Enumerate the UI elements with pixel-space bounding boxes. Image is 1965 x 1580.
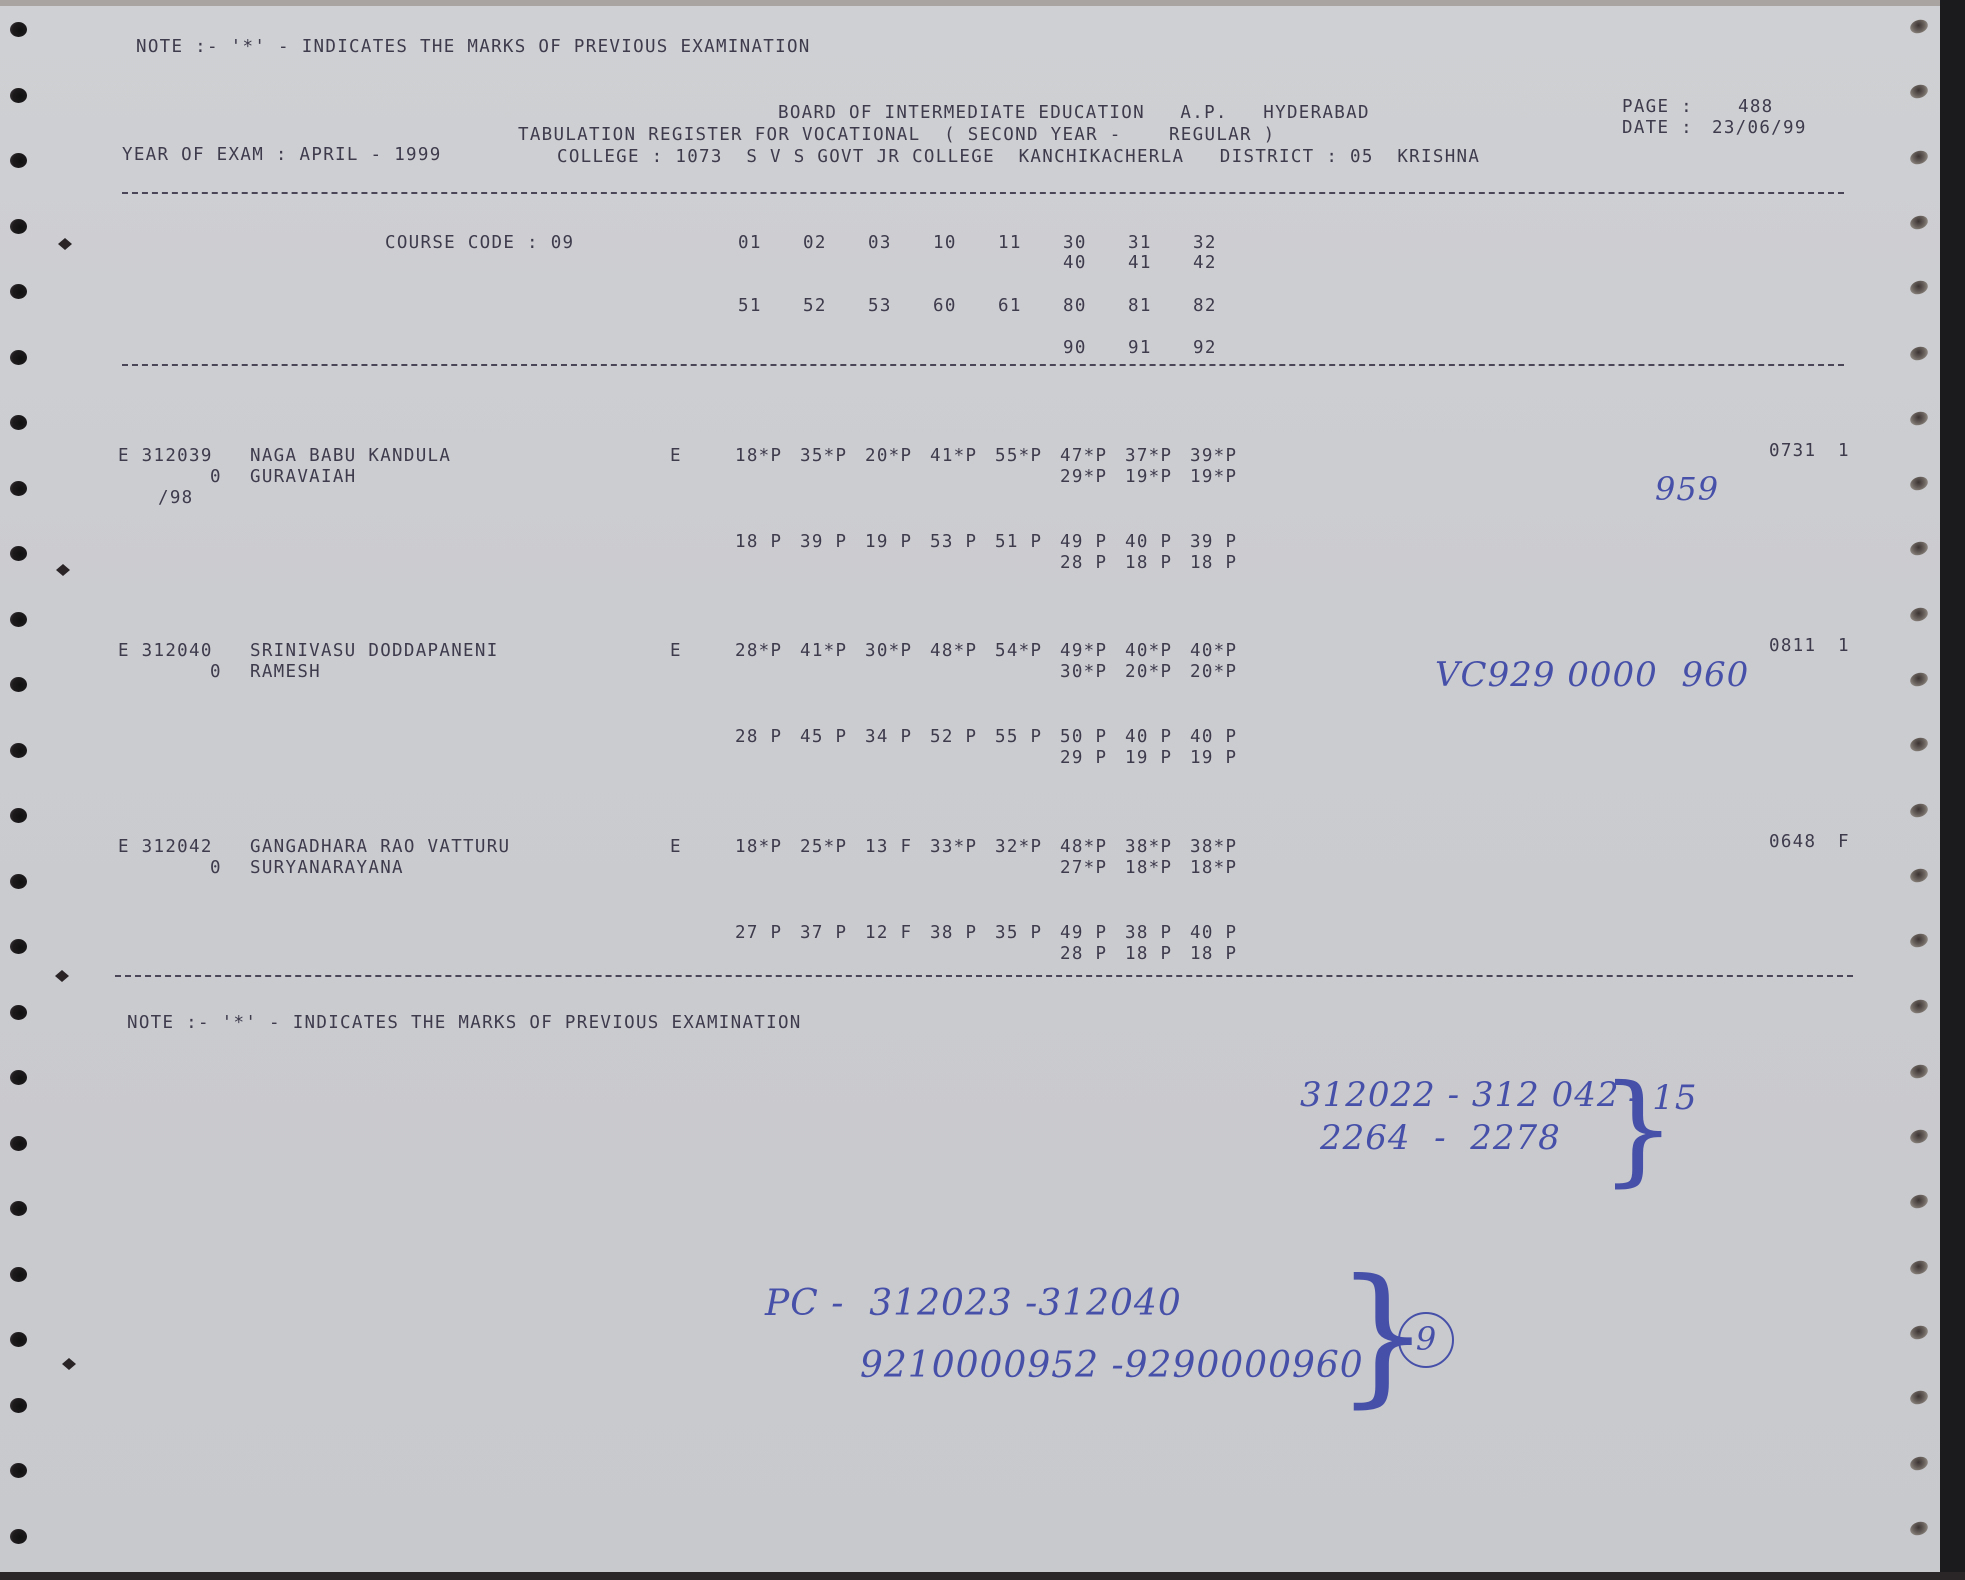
current-mark: 19 P — [1190, 748, 1237, 768]
previous-mark: 18*P — [1125, 858, 1172, 878]
handwritten-range1-line2: 2264 - 2278 — [1320, 1118, 1561, 1158]
current-mark: 38 P — [1125, 923, 1172, 943]
subject-code: 30 — [1063, 233, 1087, 253]
tractor-hole — [10, 481, 27, 496]
subject-code: 80 — [1063, 296, 1087, 316]
current-mark: 18 P — [1190, 944, 1237, 964]
paper-top-edge — [0, 0, 1940, 6]
previous-mark: 33*P — [930, 837, 977, 857]
subject-code: 82 — [1193, 296, 1217, 316]
father-name: RAMESH — [250, 662, 321, 682]
subject-code: 52 — [803, 296, 827, 316]
tractor-hole — [10, 939, 27, 954]
current-mark: 19 P — [865, 532, 912, 552]
previous-mark: 25*P — [800, 837, 847, 857]
tractor-hole — [10, 153, 27, 168]
previous-mark: 39*P — [1190, 446, 1237, 466]
previous-mark: 19*P — [1125, 467, 1172, 487]
previous-mark: 55*P — [995, 446, 1042, 466]
previous-mark: 32*P — [995, 837, 1042, 857]
current-mark: 49 P — [1060, 532, 1107, 552]
course-code-label: COURSE CODE : 09 — [385, 233, 574, 253]
previous-mark: 28*P — [735, 641, 782, 661]
previous-mark: 48*P — [1060, 837, 1107, 857]
divider — [115, 975, 1853, 977]
current-mark: 40 P — [1125, 532, 1172, 552]
previous-mark: 41*P — [800, 641, 847, 661]
tractor-hole — [10, 1267, 27, 1282]
current-mark: 52 P — [930, 727, 977, 747]
tractor-hole — [10, 612, 27, 627]
current-mark: 38 P — [930, 923, 977, 943]
current-mark: 45 P — [800, 727, 847, 747]
subject-code: 11 — [998, 233, 1022, 253]
previous-mark: 49*P — [1060, 641, 1107, 661]
divider — [122, 364, 1844, 366]
father-name: GURAVAIAH — [250, 467, 357, 487]
current-mark: 37 P — [800, 923, 847, 943]
current-mark: 28 P — [735, 727, 782, 747]
tractor-hole — [10, 415, 27, 430]
current-mark: 18 P — [1190, 553, 1237, 573]
previous-mark: 30*P — [1060, 662, 1107, 682]
subject-code: 61 — [998, 296, 1022, 316]
previous-mark: 20*P — [865, 446, 912, 466]
previous-mark: 48*P — [930, 641, 977, 661]
tractor-hole — [10, 1005, 27, 1020]
current-mark: 39 P — [1190, 532, 1237, 552]
tractor-hole — [10, 546, 27, 561]
tractor-hole — [10, 1136, 27, 1151]
date-label: DATE : — [1622, 118, 1693, 138]
previous-mark: 38*P — [1190, 837, 1237, 857]
tractor-hole — [10, 808, 27, 823]
result-code: F — [1838, 832, 1850, 852]
result-code: 1 — [1838, 636, 1850, 656]
previous-mark: 19*P — [1190, 467, 1237, 487]
handwritten-range1-line1: 312022 - 312 042 — [1300, 1075, 1620, 1115]
page-label: PAGE : — [1622, 97, 1693, 117]
previous-mark: 20*P — [1190, 662, 1237, 682]
total-marks: 0731 — [1769, 441, 1816, 461]
father-name: SURYANARAYANA — [250, 858, 404, 878]
subject-code: 10 — [933, 233, 957, 253]
subject-code: 02 — [803, 233, 827, 253]
result-code: 1 — [1838, 441, 1850, 461]
student-medium: E — [670, 446, 682, 466]
note-bottom: NOTE :- '*' - INDICATES THE MARKS OF PRE… — [127, 1013, 802, 1033]
subject-code: 32 — [1193, 233, 1217, 253]
current-mark: 50 P — [1060, 727, 1107, 747]
year-of-exam: YEAR OF EXAM : APRIL - 1999 — [122, 145, 442, 165]
subject-code: 91 — [1128, 338, 1152, 358]
current-mark: 28 P — [1060, 553, 1107, 573]
paper-sheet — [0, 0, 1940, 1580]
total-marks: 0811 — [1769, 636, 1816, 656]
current-mark: 40 P — [1190, 727, 1237, 747]
tractor-hole — [10, 284, 27, 299]
tractor-hole — [10, 219, 27, 234]
current-mark: 35 P — [995, 923, 1042, 943]
current-mark: 19 P — [1125, 748, 1172, 768]
previous-mark: 41*P — [930, 446, 977, 466]
father-code: 0 — [210, 467, 222, 487]
previous-mark: 35*P — [800, 446, 847, 466]
current-mark: 29 P — [1060, 748, 1107, 768]
student-name: SRINIVASU DODDAPANENI — [250, 641, 499, 661]
previous-mark: 29*P — [1060, 467, 1107, 487]
current-mark: 49 P — [1060, 923, 1107, 943]
student-name: GANGADHARA RAO VATTURU — [250, 837, 510, 857]
subject-code: 40 — [1063, 253, 1087, 273]
college-info: COLLEGE : 1073 S V S GOVT JR COLLEGE KAN… — [557, 147, 1480, 167]
handwritten-range2-line2: 9210000952 -9290000960 — [860, 1345, 1364, 1386]
note-top: NOTE :- '*' - INDICATES THE MARKS OF PRE… — [136, 37, 811, 57]
subject-code: 41 — [1128, 253, 1152, 273]
student-medium: E — [670, 837, 682, 857]
previous-mark: 27*P — [1060, 858, 1107, 878]
previous-mark: 37*P — [1125, 446, 1172, 466]
current-mark: 55 P — [995, 727, 1042, 747]
student-id: E 312039 — [118, 446, 213, 466]
current-mark: 28 P — [1060, 944, 1107, 964]
previous-mark: 40*P — [1190, 641, 1237, 661]
current-mark: 18 P — [735, 532, 782, 552]
previous-mark: 54*P — [995, 641, 1042, 661]
previous-mark: 47*P — [1060, 446, 1107, 466]
student-id: E 312040 — [118, 641, 213, 661]
student-medium: E — [670, 641, 682, 661]
previous-mark: 30*P — [865, 641, 912, 661]
total-marks: 0648 — [1769, 832, 1816, 852]
background-edge — [1940, 0, 1965, 1580]
tractor-hole — [10, 1463, 27, 1478]
tractor-hole — [10, 874, 27, 889]
tractor-hole — [10, 1201, 27, 1216]
tractor-hole — [10, 743, 27, 758]
divider — [122, 192, 1844, 194]
current-mark: 40 P — [1125, 727, 1172, 747]
current-mark: 51 P — [995, 532, 1042, 552]
handwritten-vc-number: VC929 0000 960 — [1435, 655, 1749, 695]
current-mark: 40 P — [1190, 923, 1237, 943]
previous-mark: 40*P — [1125, 641, 1172, 661]
subject-code: 03 — [868, 233, 892, 253]
previous-mark: 18*P — [735, 837, 782, 857]
subject-code: 01 — [738, 233, 762, 253]
tractor-hole — [10, 350, 27, 365]
handwritten-range1-count: - 15 — [1628, 1078, 1698, 1118]
tractor-hole — [10, 1070, 27, 1085]
tractor-hole — [10, 22, 27, 37]
current-mark: 18 P — [1125, 553, 1172, 573]
subject-code: 90 — [1063, 338, 1087, 358]
current-mark: 34 P — [865, 727, 912, 747]
father-code: 0 — [210, 858, 222, 878]
student-extra: /98 — [158, 488, 194, 508]
student-name: NAGA BABU KANDULA — [250, 446, 451, 466]
background-bottom-edge — [0, 1572, 1965, 1580]
previous-mark: 18*P — [1190, 858, 1237, 878]
tractor-hole — [10, 1332, 27, 1347]
subject-code: 81 — [1128, 296, 1152, 316]
tractor-hole — [10, 677, 27, 692]
tractor-hole — [10, 88, 27, 103]
subject-code: 31 — [1128, 233, 1152, 253]
previous-mark: 38*P — [1125, 837, 1172, 857]
father-code: 0 — [210, 662, 222, 682]
subject-code: 42 — [1193, 253, 1217, 273]
current-mark: 53 P — [930, 532, 977, 552]
current-mark: 27 P — [735, 923, 782, 943]
previous-mark: 18*P — [735, 446, 782, 466]
current-mark: 39 P — [800, 532, 847, 552]
subject-code: 53 — [868, 296, 892, 316]
subject-code: 60 — [933, 296, 957, 316]
tractor-hole — [10, 1398, 27, 1413]
current-mark: 18 P — [1125, 944, 1172, 964]
current-mark: 12 F — [865, 923, 912, 943]
handwritten-range2-line1: PC - 312023 -312040 — [765, 1283, 1182, 1324]
student-id: E 312042 — [118, 837, 213, 857]
subject-code: 92 — [1193, 338, 1217, 358]
previous-mark: 13 F — [865, 837, 912, 857]
previous-mark: 20*P — [1125, 662, 1172, 682]
date-value: 23/06/99 — [1712, 118, 1807, 138]
page-number: 488 — [1738, 97, 1774, 117]
board-title: BOARD OF INTERMEDIATE EDUCATION A.P. HYD… — [778, 103, 1370, 123]
tractor-hole — [10, 1529, 27, 1544]
subject-code: 51 — [738, 296, 762, 316]
handwritten-circled-count: 9 — [1398, 1312, 1454, 1368]
handwritten-959: 959 — [1655, 470, 1719, 508]
register-title: TABULATION REGISTER FOR VOCATIONAL ( SEC… — [518, 125, 1276, 145]
